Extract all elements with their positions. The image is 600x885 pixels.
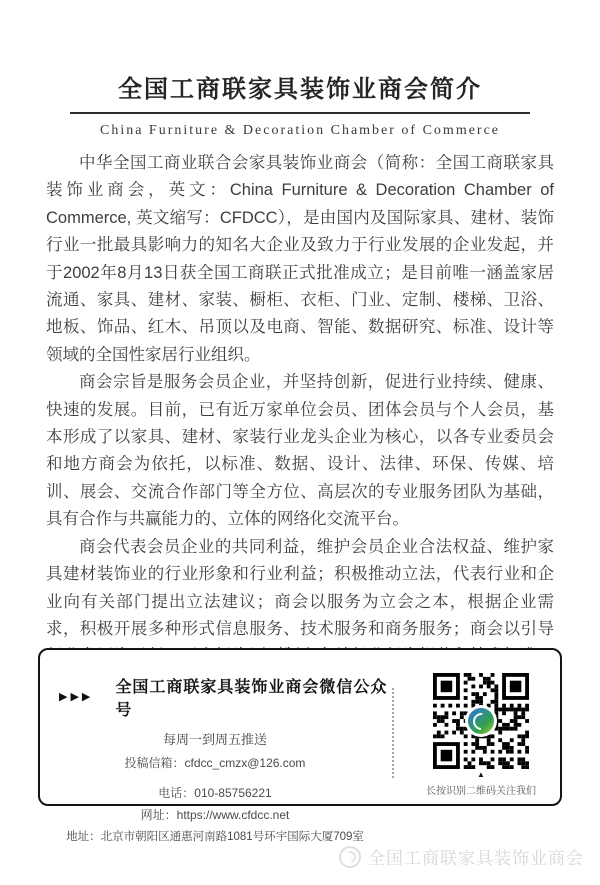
contact-info-box: ▶▶▶ 全国工商联家具装饰业商会微信公众号 每周一到周五推送 投稿信箱：cfdc… [38, 648, 562, 806]
page-subtitle-en: China Furniture & Decoration Chamber of … [0, 123, 600, 139]
triple-arrow-icon: ▶▶▶ [59, 692, 93, 703]
watermark-text: 全国工商联家具装饰业商会 [368, 844, 584, 869]
dotted-divider [392, 688, 394, 778]
qr-code[interactable] [433, 673, 529, 769]
push-schedule: 每周一到周五推送 [40, 729, 390, 748]
qr-section: ▲ 长按识别二维码关注我们 [402, 650, 560, 804]
article-paragraph-mission: 商会宗旨是服务会员企业，并坚持创新，促进行业持续、健康、快速的发展。目前，已有近… [46, 369, 554, 533]
up-triangle-icon: ▲ [402, 771, 560, 779]
qr-center-logo-icon [468, 708, 494, 734]
chamber-logo-icon [339, 846, 361, 868]
article-body: 中华全国工商业联合会家具装饰业商会（简称：全国工商联家具装饰业商会，英文：Chi… [46, 150, 554, 726]
footer-watermark: 全国工商联家具装饰业商会 [339, 844, 584, 869]
qr-caption: 长按识别二维码关注我们 [402, 782, 560, 797]
phone-number: 电话：010-85756221 [40, 784, 390, 801]
header: 全国工商联家具装饰业商会简介 China Furniture & Decorat… [0, 0, 600, 139]
document-page: 全国工商联家具装饰业商会简介 China Furniture & Decorat… [0, 0, 600, 885]
contact-info-left: ▶▶▶ 全国工商联家具装饰业商会微信公众号 每周一到周五推送 投稿信箱：cfdc… [40, 650, 390, 804]
page-title: 全国工商联家具装饰业商会简介 [0, 76, 600, 105]
website-url: 网址：https://www.cfdcc.net [40, 806, 390, 823]
wechat-account-title: 全国工商联家具装饰业商会微信公众号 [115, 674, 390, 720]
title-divider [70, 112, 530, 114]
submission-email: 投稿信箱：cfdcc_cmzx@126.com [40, 754, 390, 771]
article-paragraph-intro: 中华全国工商业联合会家具装饰业商会（简称：全国工商联家具装饰业商会，英文：Chi… [46, 150, 554, 369]
wechat-title-row: ▶▶▶ 全国工商联家具装饰业商会微信公众号 [59, 674, 390, 720]
address: 地址：北京市朝阳区通惠河南路1081号环宇国际大厦709室 [40, 828, 390, 844]
